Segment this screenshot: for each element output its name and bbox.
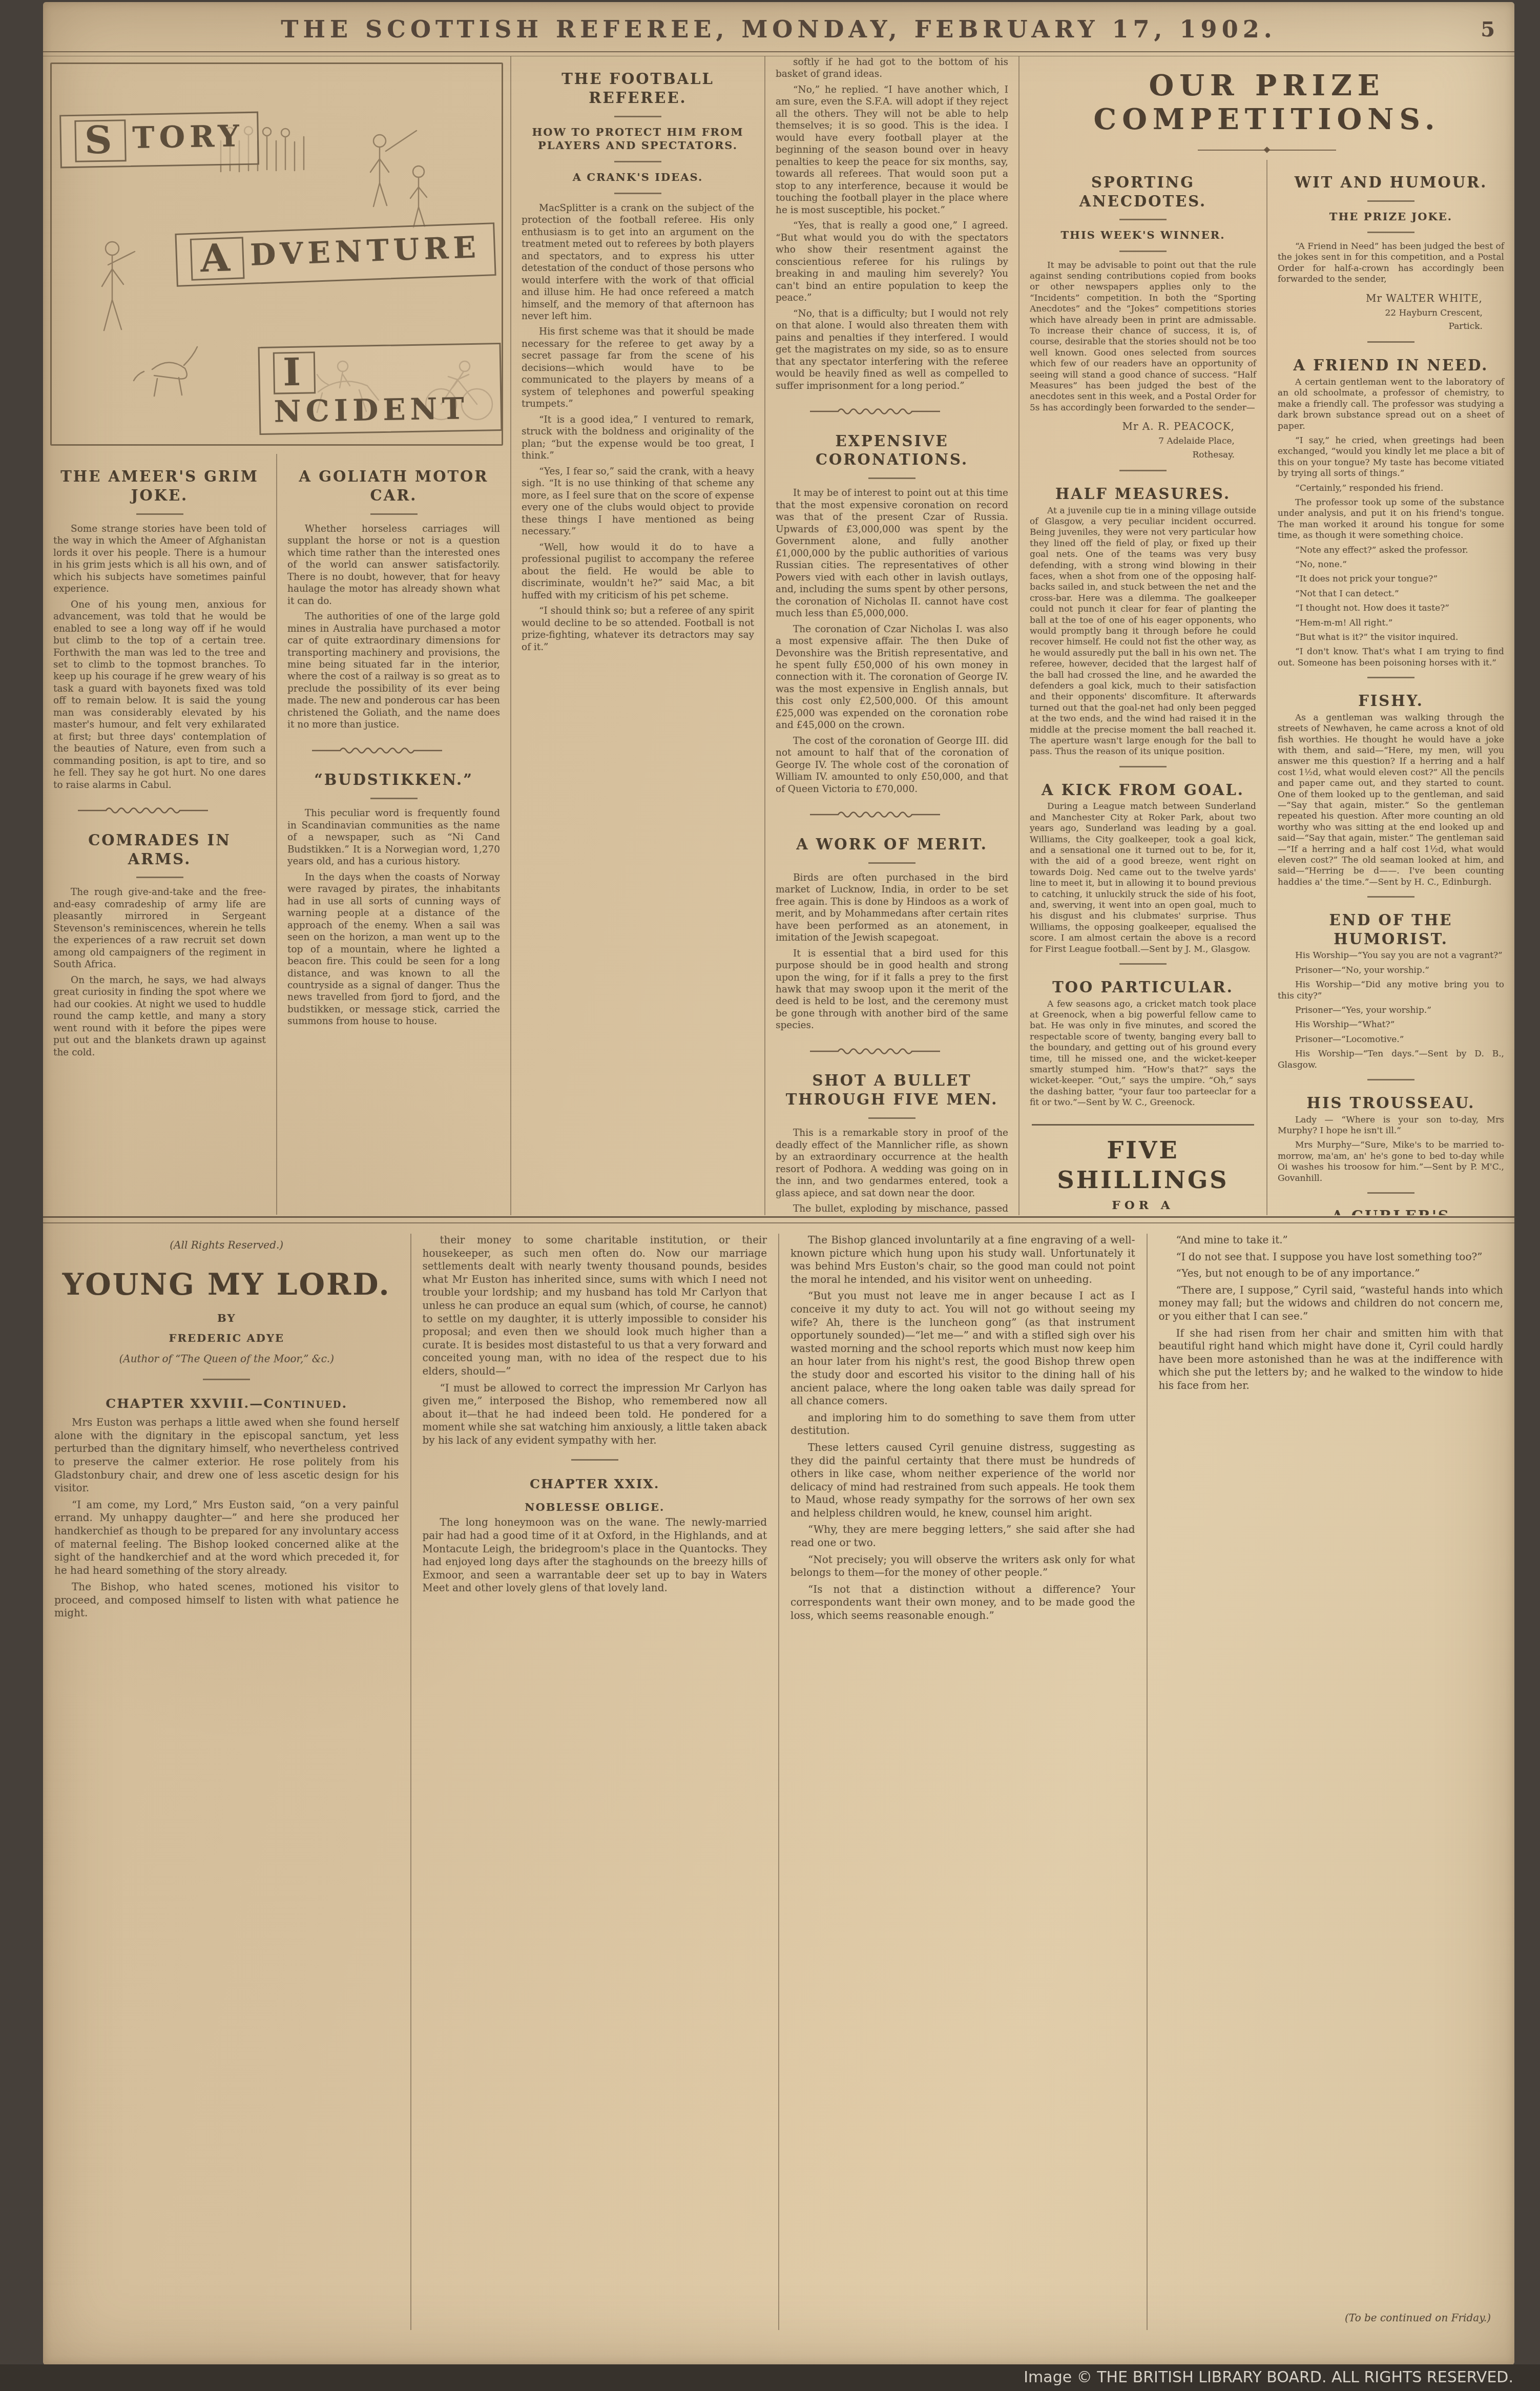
dash-separator <box>571 1459 618 1461</box>
paragraph: The authorities of one of the large gold… <box>287 611 500 731</box>
paragraph: It may be advisable to point out that th… <box>1030 260 1256 414</box>
page-number: 5 <box>1481 17 1495 41</box>
paragraph: Mrs Euston was perhaps a little awed whe… <box>54 1416 399 1495</box>
column-4: softly if he had got to the bottom of hi… <box>764 56 1018 1215</box>
banner-word-adventure: ADVENTURE <box>175 222 496 287</box>
paragraph: This is a remarkable story in proof of t… <box>776 1127 1008 1199</box>
serial-column-2: their money to some charitable instituti… <box>410 1234 779 2330</box>
paragraph: “No, none.” <box>1278 559 1504 570</box>
wavy-separator <box>53 805 266 817</box>
serial-title: YOUNG MY LORD. <box>54 1265 399 1303</box>
article-heading: HIS TROUSSEAU. <box>1278 1094 1504 1113</box>
paragraph: “There are, I suppose,” Cyril said, “was… <box>1159 1284 1504 1323</box>
middle-columns: THE FOOTBALL REFEREE.HOW TO PROTECT HIM … <box>510 56 1018 1215</box>
paragraph: Prisoner—“Locomotive.” <box>1278 1034 1504 1045</box>
ornament-separator <box>1198 150 1336 151</box>
italic-note: (Author of “The Queen of the Moor,” &c.) <box>54 1353 399 1366</box>
dash-separator <box>614 161 661 162</box>
paragraph: The long honeymoon was on the wane. The … <box>423 1516 767 1595</box>
paragraph: “No,” he replied. “I have another which,… <box>776 84 1008 216</box>
paragraph: “I say,” he cried, when greetings had be… <box>1278 435 1504 480</box>
dash-separator <box>614 193 661 194</box>
article-subheading: HOW TO PROTECT HIM FROM PLAYERS AND SPEC… <box>522 126 754 153</box>
dash-separator <box>1367 896 1414 898</box>
chapter-heading: CHAPTER XXVIII.—Continued. <box>54 1396 399 1412</box>
paragraph: Some strange stories have been told of t… <box>53 523 266 595</box>
paragraph: His Worship—“Ten days.”—Sent by D. B., G… <box>1278 1049 1504 1071</box>
paragraph: their money to some charitable instituti… <box>423 1234 767 1378</box>
paragraph: A few seasons ago, a cricket match took … <box>1030 999 1256 1109</box>
article-heading: A GOLIATH MOTOR CAR. <box>287 467 500 505</box>
paragraph: softly if he had got to the bottom of hi… <box>776 56 1008 80</box>
paragraph: “I thought not. How does it taste?” <box>1278 603 1504 614</box>
paragraph: It may be of interest to point out at th… <box>776 487 1008 619</box>
paragraph: The professor took up some of the substa… <box>1278 497 1504 542</box>
paragraph: It is essential that a bird used for thi… <box>776 948 1008 1032</box>
prize-competitions-block: OUR PRIZE COMPETITIONS. SPORTING ANECDOT… <box>1018 56 1514 1215</box>
paragraph: Lady — “Where is your son to-day, Mrs Mu… <box>1278 1115 1504 1137</box>
paragraph: “Well, how would it do to have a profess… <box>522 542 754 601</box>
paragraph: “Yes, that is really a good one,” I agre… <box>776 220 1008 304</box>
paragraph: “It is a good idea,” I ventured to remar… <box>522 414 754 462</box>
paragraph: In the days when the coasts of Norway we… <box>287 871 500 1028</box>
column-5: SPORTING ANECDOTES.THIS WEEK'S WINNER.It… <box>1019 160 1266 1215</box>
paragraph: Mrs Murphy—“Sure, Mike's to be married t… <box>1278 1140 1504 1184</box>
article-heading: THE FOOTBALL REFEREE. <box>522 70 754 108</box>
paragraph: “No, that is a difficulty; but I would n… <box>776 308 1008 392</box>
article-heading: COMRADES IN ARMS. <box>53 831 266 869</box>
paragraph: MacSplitter is a crank on the subject of… <box>522 202 754 323</box>
paragraph: His Worship—“You say you are not a vagra… <box>1278 950 1504 961</box>
article-heading: SHOT A BULLET THROUGH FIVE MEN. <box>776 1071 1008 1109</box>
dash-separator <box>868 477 915 479</box>
newspaper-page: THE SCOTTISH REFEREE, MONDAY, FEBRUARY 1… <box>0 0 1540 2391</box>
paragraph: “Certainly,” responded his friend. <box>1278 483 1504 494</box>
paragraph: His first scheme was that it should be m… <box>522 326 754 410</box>
paragraph: At a juvenile cup tie in a mining villag… <box>1030 506 1256 758</box>
paragraph: This peculiar word is frequently found i… <box>287 807 500 867</box>
article-heading: “BUDSTIKKEN.” <box>287 771 500 789</box>
article-heading: THE AMEER'S GRIM JOKE. <box>53 467 266 505</box>
paragraph: “I should think so; but a referee of any… <box>522 605 754 653</box>
story-adventure-block: STORY ADVENTURE INCIDENT THE AMEER'S GRI… <box>43 56 510 1215</box>
paragraph: Birds are often purchased in the bird ma… <box>776 872 1008 944</box>
paragraph: “But you must not leave me in anger beca… <box>790 1290 1135 1407</box>
paragraph: Prisoner—“No, your worship.” <box>1278 965 1504 976</box>
address-line: Mr WALTER WHITE, <box>1278 290 1483 306</box>
paragraph: “I do not see that. I suppose you have l… <box>1159 1251 1504 1264</box>
paragraph: The rough give-and-take and the free-and… <box>53 886 266 970</box>
paragraph: “Not precisely; you will observe the wri… <box>790 1553 1135 1579</box>
banner-word-incident: INCIDENT <box>258 343 503 435</box>
top-section: STORY ADVENTURE INCIDENT THE AMEER'S GRI… <box>43 56 1514 1215</box>
competitions-columns: SPORTING ANECDOTES.THIS WEEK'S WINNER.It… <box>1019 160 1514 1215</box>
paragraph: These letters caused Cyril genuine distr… <box>790 1441 1135 1520</box>
italic-note: (All Rights Reserved.) <box>54 1239 399 1252</box>
dash-separator <box>370 798 418 799</box>
dash-separator <box>1367 232 1414 233</box>
dash-separator <box>1367 677 1414 678</box>
dash-separator <box>868 1117 915 1119</box>
left-columns: THE AMEER'S GRIM JOKE.Some strange stori… <box>43 454 510 1215</box>
paragraph: “But what is it?” the visitor inquired. <box>1278 632 1504 643</box>
italic-note: (To be continued on Friday.) <box>1159 2312 1504 2325</box>
dash-separator <box>1119 470 1167 471</box>
article-heading: FISHY. <box>1278 692 1504 711</box>
article-subheading: THIS WEEK'S WINNER. <box>1030 228 1256 242</box>
address-line: 7 Adelaide Place, <box>1030 434 1235 448</box>
column-6: WIT AND HUMOUR.THE PRIZE JOKE.“A Friend … <box>1266 160 1514 1215</box>
paragraph: “I must be allowed to correct the impres… <box>423 1382 767 1447</box>
masthead-rule <box>43 51 1514 56</box>
paragraph: During a League match between Sunderland… <box>1030 801 1256 955</box>
display-line: FOR A <box>1030 1198 1256 1213</box>
dash-separator <box>1367 1192 1414 1194</box>
wavy-separator <box>287 745 500 757</box>
article-heading: A FRIEND IN NEED. <box>1278 356 1504 375</box>
paragraph: The Bishop, who hated scenes, motioned h… <box>54 1581 399 1620</box>
paragraph: One of his young men, anxious for advanc… <box>53 599 266 792</box>
article-subheading: BY <box>54 1312 399 1325</box>
article-heading: HALF MEASURES. <box>1030 485 1256 504</box>
article-heading: WIT AND HUMOUR. <box>1278 173 1504 192</box>
banner-word-story: STORY <box>59 112 259 169</box>
paragraph: A certain gentleman went to the laborato… <box>1278 377 1504 432</box>
article-heading: A WORK OF MERIT. <box>776 835 1008 854</box>
dash-separator <box>136 513 183 515</box>
paragraph: As a gentleman was walking through the s… <box>1278 713 1504 888</box>
article-heading: END OF THE HUMORIST. <box>1278 911 1504 948</box>
article-heading: A CURLER'S COMPLAINT. <box>1278 1207 1504 1215</box>
dash-separator <box>1367 341 1414 343</box>
address-lines: Mr WALTER WHITE,22 Hayburn Crescent,Part… <box>1278 290 1483 334</box>
address-lines: Mr A. R. PEACOCK,7 Adelaide Place,Rothes… <box>1030 419 1235 462</box>
address-line: 22 Hayburn Crescent, <box>1278 306 1483 320</box>
paragraph: Prisoner—“Yes, your worship.” <box>1278 1005 1504 1016</box>
paragraph: “Why, they are mere begging letters,” sh… <box>790 1523 1135 1549</box>
image-credit: Image © THE BRITISH LIBRARY BOARD. ALL R… <box>1024 2368 1513 2386</box>
article-subheading: A CRANK'S IDEAS. <box>522 171 754 184</box>
chapter-heading: CHAPTER XXIX. <box>423 1476 767 1492</box>
article-heading: TOO PARTICULAR. <box>1030 978 1256 997</box>
address-line: Rothesay. <box>1030 448 1235 462</box>
column-3: THE FOOTBALL REFEREE.HOW TO PROTECT HIM … <box>511 56 764 1215</box>
scan-footer: Image © THE BRITISH LIBRARY BOARD. ALL R… <box>0 2364 1540 2391</box>
article-subheading: NOBLESSE OBLIGE. <box>423 1501 767 1514</box>
rule-separator <box>1032 1124 1254 1126</box>
paragraph: “And mine to take it.” <box>1159 1234 1504 1247</box>
dash-separator <box>1119 766 1167 767</box>
column-1: THE AMEER'S GRIM JOKE.Some strange stori… <box>43 454 276 1215</box>
masthead: THE SCOTTISH REFEREE, MONDAY, FEBRUARY 1… <box>43 2 1514 43</box>
dash-separator <box>370 513 418 515</box>
dash-separator <box>203 1379 250 1380</box>
wavy-separator <box>776 809 1008 821</box>
article-heading: EXPENSIVE CORONATIONS. <box>776 432 1008 470</box>
serial-column-3: The Bishop glanced involuntarily at a fi… <box>778 1234 1147 2330</box>
paragraph: “Yes, I fear so,” said the crank, with a… <box>522 466 754 538</box>
story-adventure-incident-banner: STORY ADVENTURE INCIDENT <box>50 63 503 446</box>
paragraph: and imploring him to do something to sav… <box>790 1411 1135 1438</box>
paragraph: If she had risen from her chair and smit… <box>1159 1327 1504 1392</box>
article-heading: A KICK FROM GOAL. <box>1030 781 1256 800</box>
paragraph: The coronation of Czar Nicholas I. was a… <box>776 623 1008 732</box>
column-2: A GOLIATH MOTOR CAR.Whether horseless ca… <box>276 454 510 1215</box>
serial-column-4: “And mine to take it.”“I do not see that… <box>1147 1234 1515 2330</box>
paragraph: His Worship—“Did any motive bring you to… <box>1278 980 1504 1002</box>
address-line: Partick. <box>1278 320 1483 333</box>
dash-separator <box>1367 200 1414 202</box>
paragraph: The cost of the coronation of George III… <box>776 735 1008 795</box>
paragraph: “It does not prick your tongue?” <box>1278 574 1504 585</box>
dash-separator <box>614 116 661 117</box>
article-subheading: FREDERIC ADYE <box>54 1332 399 1345</box>
paragraph: “Yes, but not enough to be of any import… <box>1159 1267 1504 1280</box>
paragraph: “Is not that a distinction without a dif… <box>790 1583 1135 1623</box>
paragraph: “I am come, my Lord,” Mrs Euston said, “… <box>54 1499 399 1577</box>
paragraph: “A Friend in Need” has been judged the b… <box>1278 241 1504 285</box>
article-heading: SPORTING ANECDOTES. <box>1030 173 1256 211</box>
paragraph: The Bishop glanced involuntarily at a fi… <box>790 1234 1135 1286</box>
address-line: Mr A. R. PEACOCK, <box>1030 419 1235 434</box>
paragraph: On the march, he says, we had always gre… <box>53 974 266 1058</box>
paragraph: His Worship—“What?” <box>1278 1020 1504 1030</box>
serial-column-1: (All Rights Reserved.)YOUNG MY LORD.BYFR… <box>43 1234 410 2330</box>
paragraph: “Not that I can detect.” <box>1278 589 1504 599</box>
paragraph: Whether horseless carriages will supplan… <box>287 523 500 607</box>
dash-separator <box>136 877 183 878</box>
dash-separator <box>1119 963 1167 965</box>
prize-competitions-title: OUR PRIZE COMPETITIONS. <box>1019 69 1514 136</box>
display-line: FIVE SHILLINGS <box>1030 1136 1256 1195</box>
wavy-separator <box>776 1046 1008 1058</box>
masthead-title: THE SCOTTISH REFEREE, MONDAY, FEBRUARY 1… <box>281 15 1276 43</box>
article-subheading: THE PRIZE JOKE. <box>1278 210 1504 223</box>
wavy-separator <box>776 406 1008 418</box>
dash-separator <box>1119 219 1167 220</box>
paragraph: “Hem-m-m! All right.” <box>1278 618 1504 629</box>
dash-separator <box>868 862 915 864</box>
serial-story-section: (All Rights Reserved.)YOUNG MY LORD.BYFR… <box>43 1224 1514 2330</box>
section-divider-rule <box>43 1216 1514 1223</box>
paragraph: “Note any effect?” asked the professor. <box>1278 545 1504 556</box>
paper-sheet: THE SCOTTISH REFEREE, MONDAY, FEBRUARY 1… <box>43 2 1514 2365</box>
dash-separator <box>1367 1079 1414 1080</box>
paragraph: “I don't know. That's what I am trying t… <box>1278 647 1504 669</box>
paragraph: The bullet, exploding by mischance, pass… <box>776 1203 1008 1215</box>
dash-separator <box>1119 251 1167 252</box>
